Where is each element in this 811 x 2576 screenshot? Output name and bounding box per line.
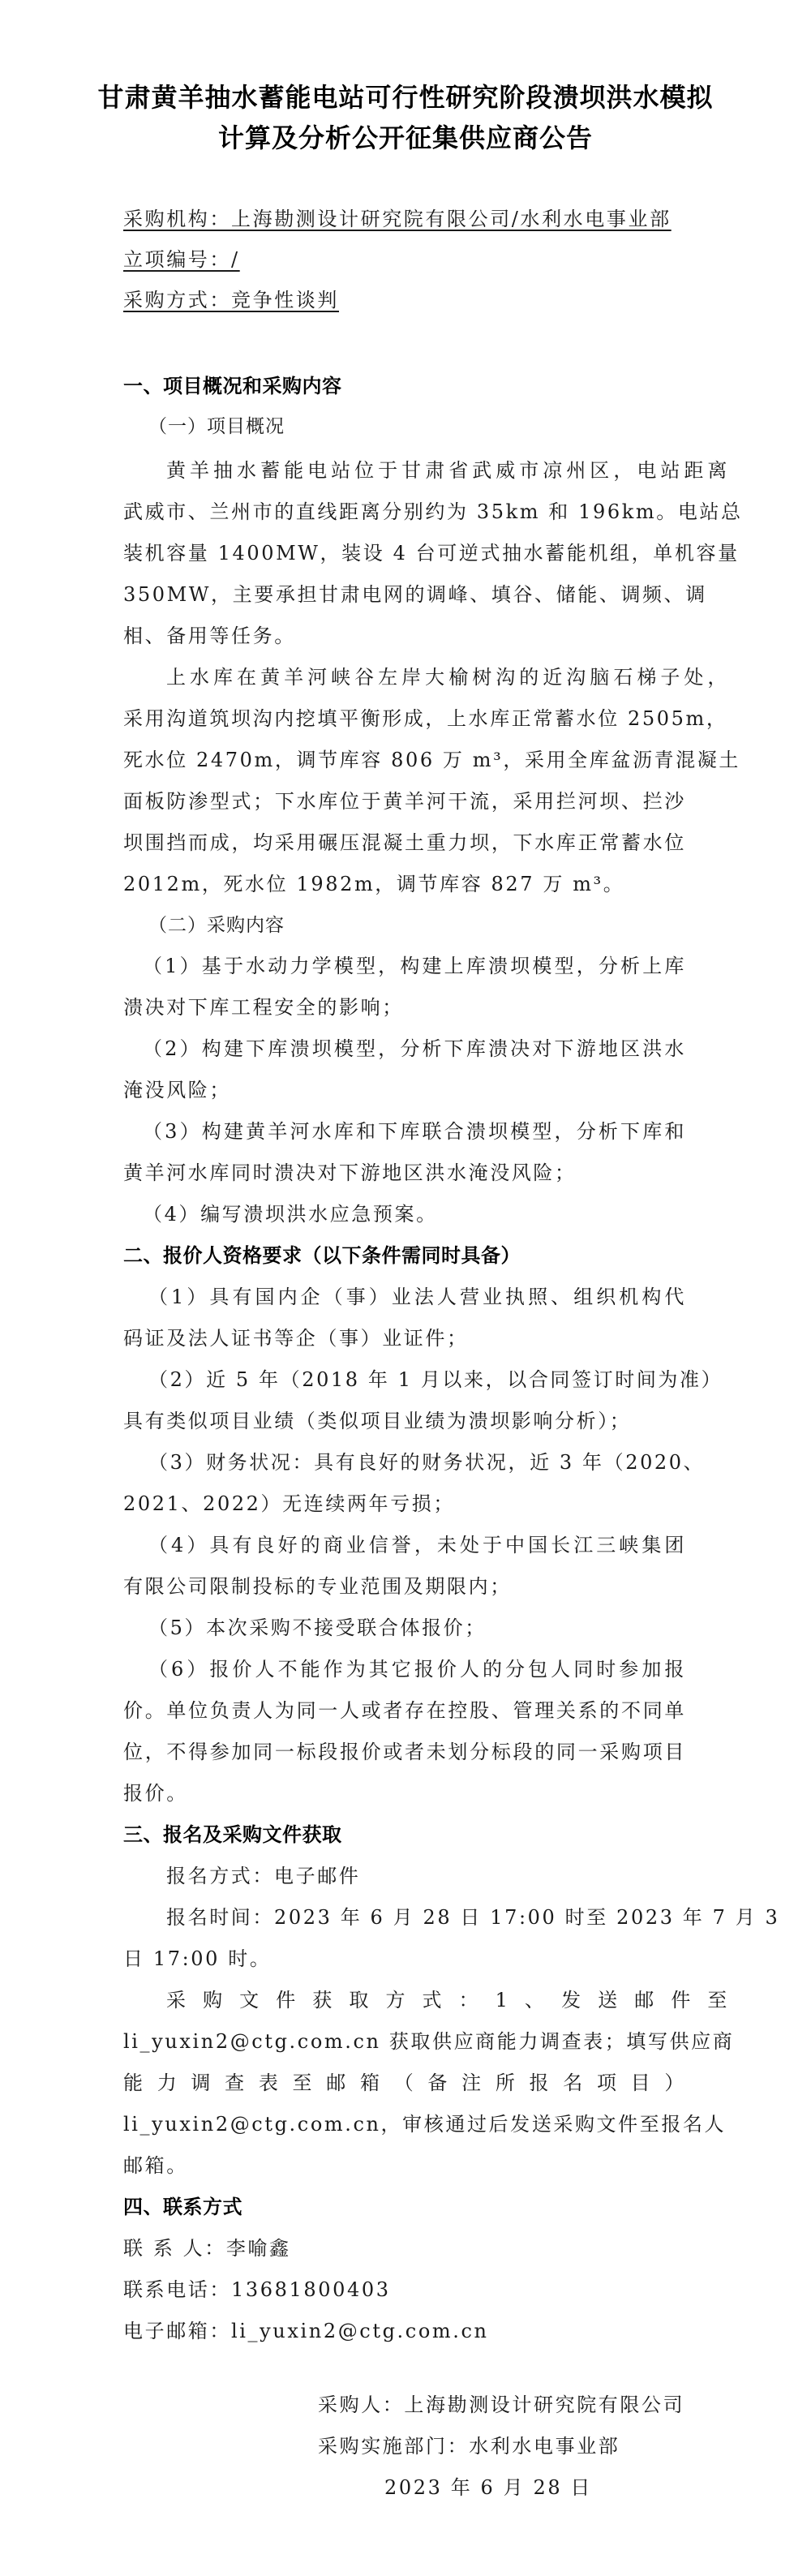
contact-person: 联 系 人：李喻鑫 (123, 2235, 691, 2262)
paragraph-line: 死水位 2470m，调节库容 806 万 m³，采用全库盆沥青混凝土 (123, 746, 686, 774)
procurement-item-2: （2）构建下库溃坝模型，分析下库溃决对下游地区洪水 (143, 1035, 686, 1063)
paragraph-line: 武威市、兰州市的直线距离分别约为 35km 和 196km。电站总 (123, 498, 686, 526)
doc-fetch-line: 能力调查表至邮箱（备注所报名项目） (123, 2069, 686, 2097)
qualification-item-3: （3）财务状况：具有良好的财务状况，近 3 年（2020、 (148, 1449, 686, 1476)
qualification-item-5: （5）本次采购不接受联合体报价； (148, 1614, 716, 1642)
procurement-item-3-cont: 黄羊河水库同时溃决对下游地区洪水淹没风险； (123, 1159, 691, 1187)
qualification-item-6: （6）报价人不能作为其它报价人的分包人同时参加报 (148, 1655, 686, 1683)
qualification-item-2-cont: 具有类似项目业绩（类似项目业绩为溃坝影响分析）； (123, 1407, 691, 1435)
qualification-item-4-cont: 有限公司限制投标的专业范围及期限内； (123, 1573, 691, 1600)
paragraph-line: 黄羊抽水蓄能电站位于甘肃省武威市凉州区，电站距离 (166, 457, 729, 484)
qualification-item-6-cont: 价。单位负责人为同一人或者存在控股、管理关系的不同单 (123, 1697, 686, 1724)
signup-time: 报名时间：2023 年 6 月 28 日 17:00 时至 2023 年 7 月… (166, 1904, 729, 1931)
procurement-item-1-cont: 溃决对下库工程安全的影响； (123, 994, 691, 1021)
document-title-line-1: 甘肃黄羊抽水蓄能电站可行性研究阶段溃坝洪水模拟 (81, 78, 730, 117)
purchaser-signature: 采购人：上海勘测设计研究院有限公司 (318, 2391, 691, 2419)
procurement-item-3: （3）构建黄羊河水库和下库联合溃坝模型，分析下库和 (143, 1118, 686, 1145)
paragraph-line: 上水库在黄羊河峡谷左岸大榆树沟的近沟脑石梯子处， (166, 663, 729, 691)
department-signature: 采购实施部门：水利水电事业部 (318, 2432, 691, 2460)
qualification-item-6-cont: 报价。 (123, 1780, 691, 1807)
project-number: 立项编号：/ (123, 246, 691, 273)
qualification-item-1: （1）具有国内企（事）业法人营业执照、组织机构代 (148, 1283, 686, 1311)
paragraph-line: 相、备用等任务。 (123, 622, 691, 650)
doc-fetch-line: 邮箱。 (123, 2152, 691, 2179)
procurement-item-4: （4）编写溃坝洪水应急预案。 (143, 1200, 710, 1228)
contact-phone: 联系电话：13681800403 (123, 2276, 691, 2303)
section-1-sub-2: （二）采购内容 (148, 912, 716, 939)
qualification-item-4: （4）具有良好的商业信誉，未处于中国长江三峡集团 (148, 1531, 686, 1559)
paragraph-line: 采用沟道筑坝沟内挖填平衡形成，上水库正常蓄水位 2505m， (123, 705, 686, 732)
paragraph-line: 面板防渗型式；下水库位于黄羊河干流，采用拦河坝、拦沙 (123, 788, 686, 815)
paragraph-line: 2012m，死水位 1982m，调节库容 827 万 m³。 (123, 870, 691, 898)
section-4-heading: 四、联系方式 (123, 2193, 691, 2221)
doc-fetch-line: 采购文件获取方式：1、发送邮件至 (166, 1986, 729, 2014)
qualification-item-2: （2）近 5 年（2018 年 1 月以来，以合同签订时间为准） (148, 1366, 686, 1393)
contact-email: 电子邮箱：li_yuxin2@ctg.com.cn (123, 2317, 691, 2345)
qualification-item-6-cont: 位，不得参加同一标段报价或者未划分标段的同一采购项目 (123, 1738, 686, 1766)
signup-time-cont: 日 17:00 时。 (123, 1945, 691, 1973)
announcement-page: 甘肃黄羊抽水蓄能电站可行性研究阶段溃坝洪水模拟 计算及分析公开征集供应商公告 采… (0, 0, 811, 2576)
section-3-heading: 三、报名及采购文件获取 (123, 1821, 691, 1848)
qualification-item-1-cont: 码证及法人证书等企（事）业证件； (123, 1324, 691, 1352)
procurement-agency: 采购机构：上海勘测设计研究院有限公司/水利水电事业部 (123, 205, 691, 233)
doc-fetch-line: li_yuxin2@ctg.com.cn 获取供应商能力调查表；填写供应商 (123, 2028, 686, 2055)
procurement-item-1: （1）基于水动力学模型，构建上库溃坝模型，分析上库 (143, 952, 686, 980)
signup-method: 报名方式：电子邮件 (166, 1862, 686, 1890)
qualification-item-3-cont: 2021、2022）无连续两年亏损； (123, 1490, 691, 1518)
paragraph-line: 350MW，主要承担甘肃电网的调峰、填谷、储能、调频、调 (123, 581, 686, 608)
document-title-line-2: 计算及分析公开征集供应商公告 (81, 118, 730, 157)
paragraph-line: 装机容量 1400MW，装设 4 台可逆式抽水蓄能机组，单机容量 (123, 539, 686, 567)
signature-date: 2023 年 6 月 28 日 (384, 2474, 693, 2501)
procurement-method: 采购方式：竞争性谈判 (123, 286, 691, 314)
procurement-item-2-cont: 淹没风险； (123, 1076, 691, 1104)
section-1-heading: 一、项目概况和采购内容 (123, 372, 691, 400)
paragraph-line: 坝围挡而成，均采用碾压混凝土重力坝，下水库正常蓄水位 (123, 829, 686, 857)
section-1-sub-1: （一）项目概况 (148, 413, 716, 440)
section-2-heading: 二、报价人资格要求（以下条件需同时具备） (123, 1242, 691, 1269)
doc-fetch-line: li_yuxin2@ctg.com.cn，审核通过后发送采购文件至报名人 (123, 2110, 686, 2138)
